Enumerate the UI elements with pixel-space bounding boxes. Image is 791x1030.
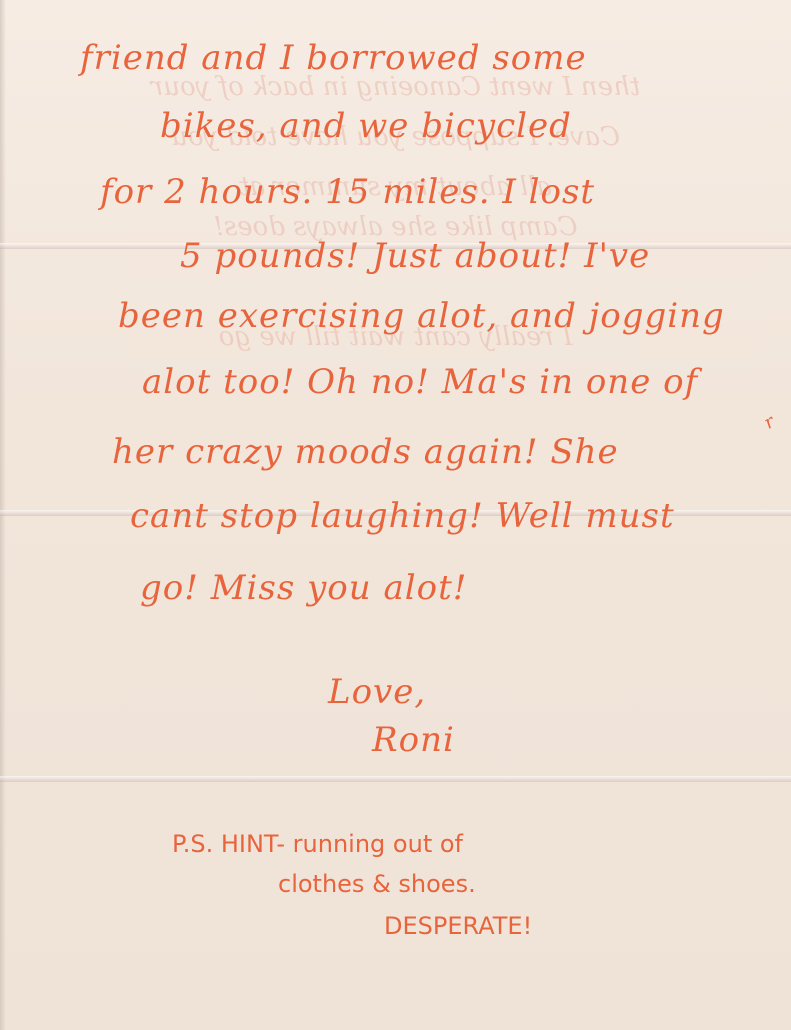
- letter-closing: Love,: [0, 672, 791, 712]
- letter-line: for 2 hours. 15 miles. I lost: [0, 172, 791, 212]
- letter-line: her crazy moods again! She: [0, 432, 791, 472]
- letter-page: then I went Canoeing in back of your Cav…: [0, 0, 791, 1030]
- postscript-line: DESPERATE!: [384, 912, 532, 940]
- postscript-line: clothes & shoes.: [278, 870, 476, 898]
- letter-line: alot too! Oh no! Ma's in one of: [0, 362, 791, 402]
- letter-line: been exercising alot, and jogging: [0, 296, 791, 336]
- paper-fold: [0, 776, 791, 782]
- letter-line: bikes, and we bicycled: [0, 106, 791, 146]
- letter-line: go! Miss you alot!: [0, 568, 791, 608]
- letter-line: cant stop laughing! Well must: [0, 496, 791, 536]
- letter-line: 5 pounds! Just about! I've: [0, 236, 791, 276]
- letter-signature: Roni: [0, 720, 791, 760]
- margin-mark: r: [760, 411, 778, 433]
- letter-line: friend and I borrowed some: [0, 38, 791, 78]
- postscript-line: P.S. HINT- running out of: [172, 830, 463, 858]
